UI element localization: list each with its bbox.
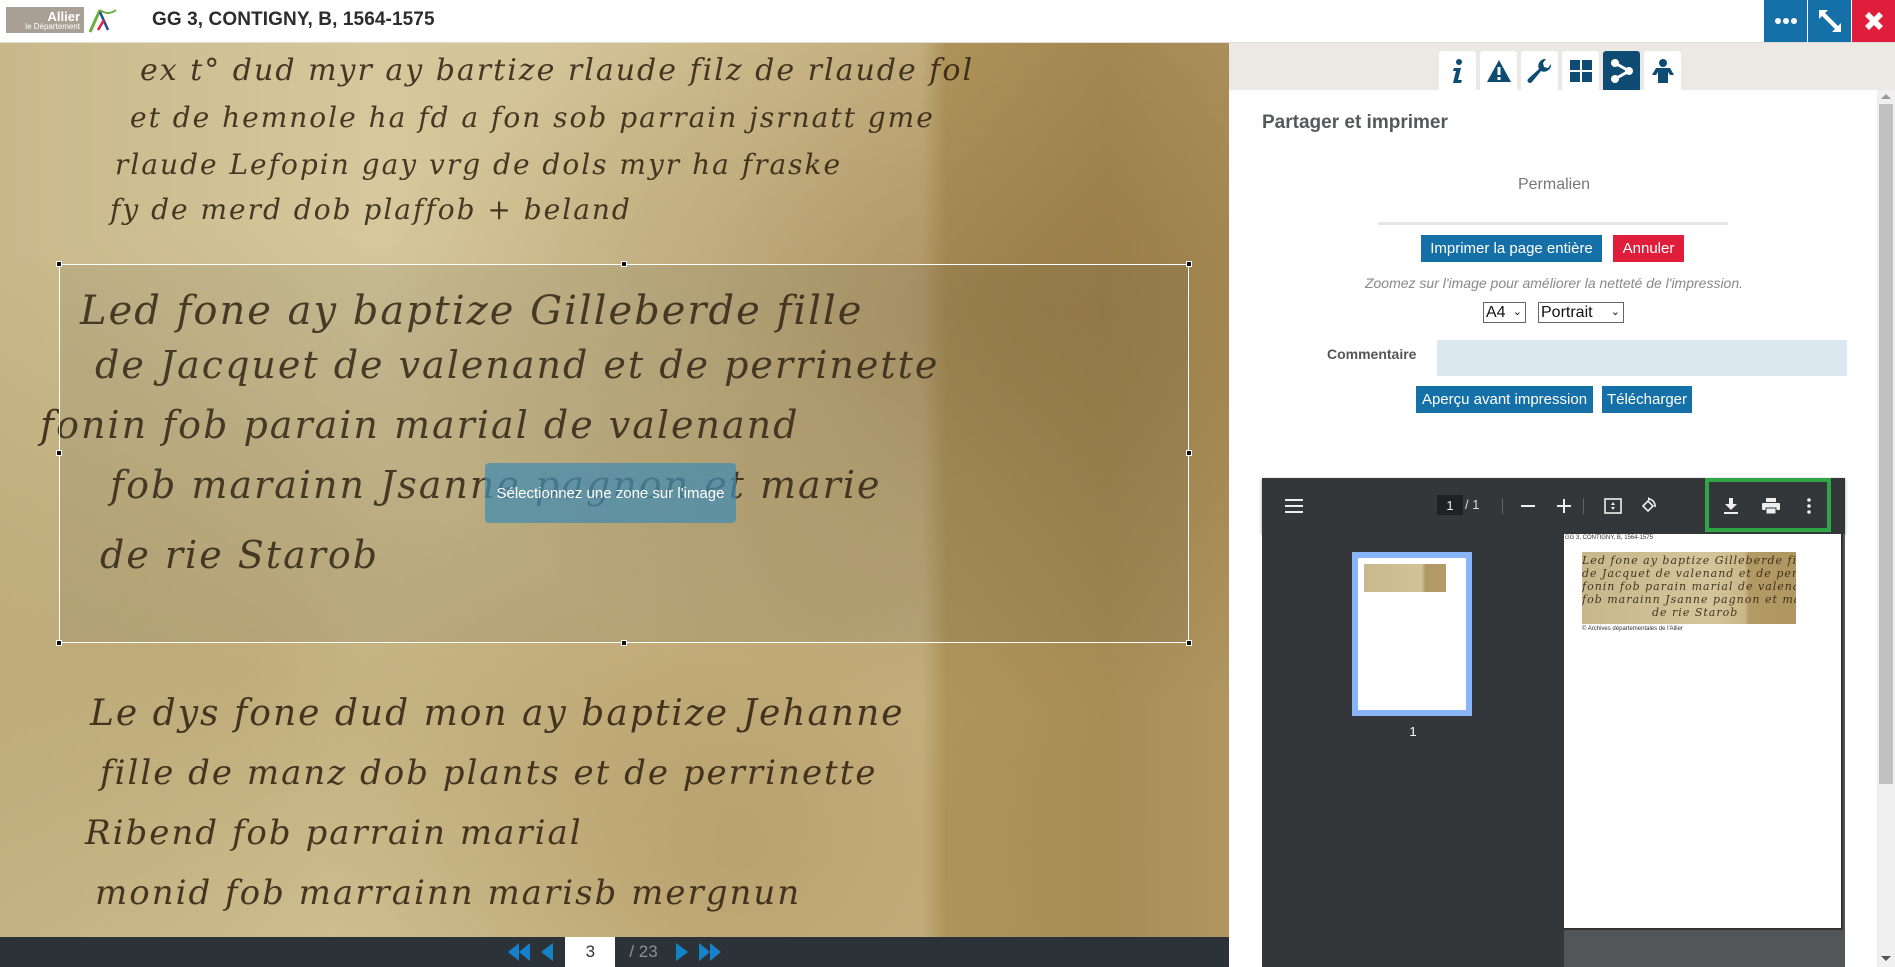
logo-line-1: Allier	[47, 10, 80, 23]
tab-person[interactable]	[1644, 51, 1681, 90]
chevron-down-icon: ⌄	[1611, 305, 1620, 318]
pdf-page-area[interactable]: GG 3, CONTIGNY, B, 1564-1575 Led fone ay…	[1564, 534, 1845, 967]
resize-handle-nw[interactable]	[56, 261, 62, 267]
permalink-label[interactable]: Permalien	[1379, 176, 1729, 194]
info-icon	[1447, 58, 1469, 84]
manuscript-viewer[interactable]: ex t° dud myr ay bartize rlaude filz de …	[0, 43, 1229, 937]
pager-controls: 3 / 23	[505, 937, 723, 967]
comment-label: Commentaire	[1327, 346, 1416, 362]
plus-icon	[1557, 499, 1571, 513]
scroll-down-icon[interactable]	[1881, 956, 1891, 961]
page-navigation: 3 / 23	[0, 937, 1229, 967]
logo-line-2: le Département	[25, 23, 80, 31]
print-full-page-button[interactable]: Imprimer la page entière	[1421, 235, 1602, 262]
expand-arrows-icon	[1817, 8, 1843, 34]
download-button[interactable]: Télécharger	[1602, 386, 1692, 413]
resize-handle-e[interactable]	[1186, 450, 1192, 456]
manuscript-line: rlaude Lefopin gay vrg de dols myr ha fr…	[115, 148, 842, 181]
toolbar-divider	[1583, 498, 1584, 514]
pdf-more-button[interactable]	[1797, 494, 1821, 518]
close-x-icon	[1862, 9, 1886, 33]
manuscript-line: ex t° dud myr ay bartize rlaude filz de …	[140, 53, 974, 88]
next-page-button[interactable]	[668, 937, 696, 967]
thumbnail-page	[1358, 558, 1466, 710]
pdf-print-button[interactable]	[1759, 494, 1783, 518]
close-button[interactable]	[1852, 0, 1895, 42]
double-left-arrow-icon	[507, 942, 531, 962]
page-number-input[interactable]: 3	[565, 937, 615, 967]
pdf-page-caption: © Archives départementales de l'Allier	[1582, 626, 1683, 632]
double-right-arrow-icon	[698, 942, 722, 962]
download-icon	[1724, 498, 1738, 514]
share-print-content: Partager et imprimer Permalien Imprimer …	[1229, 90, 1879, 967]
zoom-out-button[interactable]	[1516, 494, 1540, 518]
document-title: GG 3, CONTIGNY, B, 1564-1575	[152, 9, 435, 31]
resize-handle-n[interactable]	[621, 261, 627, 267]
header-actions	[1763, 0, 1895, 42]
pdf-page-thumbnail[interactable]	[1352, 552, 1472, 716]
pdf-page-header: GG 3, CONTIGNY, B, 1564-1575	[1565, 535, 1653, 541]
more-button[interactable]	[1764, 0, 1807, 42]
pdf-page: GG 3, CONTIGNY, B, 1564-1575 Led fone ay…	[1564, 534, 1843, 930]
resize-handle-ne[interactable]	[1186, 261, 1192, 267]
grid-icon	[1569, 59, 1593, 83]
previous-page-button[interactable]	[533, 937, 561, 967]
chevron-down-icon: ⌄	[1513, 305, 1522, 318]
logo-text-box: Allier le Département	[6, 7, 84, 33]
fit-page-button[interactable]	[1601, 494, 1625, 518]
rotate-button[interactable]	[1636, 494, 1660, 518]
printer-icon	[1762, 498, 1780, 514]
tab-tools[interactable]	[1521, 51, 1558, 90]
ellipsis-icon	[1774, 17, 1798, 25]
thumbnail-image	[1364, 564, 1446, 592]
pdf-download-button[interactable]	[1719, 494, 1743, 518]
cancel-button[interactable]: Annuler	[1613, 235, 1684, 262]
warning-icon	[1486, 59, 1512, 83]
pdf-page-image: Led fone ay baptize Gilleberde fille de …	[1582, 552, 1796, 624]
thumbnail-number: 1	[1262, 724, 1564, 739]
wrench-icon	[1527, 58, 1553, 84]
allier-logo[interactable]: Allier le Département	[6, 6, 118, 34]
pdf-page-total: / 1	[1465, 497, 1479, 512]
pdf-thumbnail-sidebar: 1	[1262, 534, 1564, 967]
hamburger-menu-icon	[1285, 499, 1303, 513]
print-preview-button[interactable]: Aperçu avant impression	[1416, 386, 1593, 413]
side-panel: Partager et imprimer Permalien Imprimer …	[1229, 43, 1895, 967]
pdf-page-input[interactable]: 1	[1437, 495, 1463, 515]
resize-handle-s[interactable]	[621, 640, 627, 646]
tab-share[interactable]	[1603, 51, 1640, 90]
tab-info[interactable]	[1439, 51, 1476, 90]
pdf-image-line: de Jacquet de valenand et de perrinette	[1582, 567, 1796, 580]
page-total: / 23	[629, 942, 657, 962]
zoom-in-button[interactable]	[1552, 494, 1576, 518]
manuscript-line: fy de merd dob plaffob + beland	[110, 193, 632, 226]
toolbar-divider	[1502, 498, 1503, 514]
orientation-select[interactable]: Portrait ⌄	[1538, 302, 1624, 323]
pdf-image-line: de rie Starob	[1652, 606, 1738, 619]
pdf-toolbar: 1 / 1	[1262, 478, 1845, 534]
logo-mark-icon	[86, 6, 118, 34]
paper-size-value: A4	[1486, 304, 1506, 322]
pdf-menu-button[interactable]	[1282, 494, 1306, 518]
select-zone-tooltip: Sélectionnez une zone sur l'image	[485, 463, 736, 523]
panel-tab-bar	[1229, 43, 1895, 90]
manuscript-line: monid fob marrainn marisb mergnun	[95, 873, 801, 913]
share-icon	[1609, 58, 1635, 84]
tab-alert[interactable]	[1480, 51, 1517, 90]
pdf-preview: 1 / 1	[1262, 478, 1845, 967]
pdf-image-line: fonin fob parain marial de valenand	[1582, 580, 1796, 593]
orientation-value: Portrait	[1541, 304, 1593, 322]
permalink-field[interactable]	[1378, 222, 1728, 225]
left-arrow-icon	[540, 942, 554, 962]
manuscript-line: Ribend fob parrain marial	[85, 813, 583, 853]
pdf-image-line: fob marainn Jsanne pagnon et marie	[1582, 593, 1796, 606]
pdf-image-line: Led fone ay baptize Gilleberde fille	[1582, 554, 1796, 567]
minus-icon	[1521, 505, 1535, 507]
resize-handle-w[interactable]	[56, 450, 62, 456]
rotate-icon	[1639, 497, 1657, 515]
scroll-thumb[interactable]	[1879, 104, 1893, 784]
fit-page-icon	[1604, 498, 1622, 514]
resize-handle-se[interactable]	[1186, 640, 1192, 646]
right-arrow-icon	[675, 942, 689, 962]
comment-input[interactable]	[1437, 340, 1847, 376]
person-icon	[1651, 58, 1675, 84]
paper-size-select[interactable]: A4 ⌄	[1483, 302, 1526, 323]
selection-rectangle[interactable]	[59, 264, 1189, 643]
manuscript-line: fille de manz dob plants et de perrinett…	[100, 753, 878, 793]
panel-tabs	[1439, 51, 1685, 90]
print-hint: Zoomez sur l'image pour améliorer la net…	[1229, 275, 1879, 291]
fullscreen-button[interactable]	[1808, 0, 1851, 42]
panel-title: Partager et imprimer	[1262, 112, 1448, 134]
manuscript-line: et de hemnole ha fd a fon sob parrain js…	[130, 101, 935, 134]
tab-grid[interactable]	[1562, 51, 1599, 90]
vertical-ellipsis-icon	[1807, 498, 1811, 514]
last-page-button[interactable]	[696, 937, 724, 967]
resize-handle-sw[interactable]	[56, 640, 62, 646]
first-page-button[interactable]	[505, 937, 533, 967]
manuscript-line: Le dys fone dud mon ay baptize Jehanne	[90, 693, 905, 734]
scroll-up-icon[interactable]	[1881, 94, 1891, 99]
top-header: Allier le Département GG 3, CONTIGNY, B,…	[0, 0, 1895, 43]
panel-scrollbar[interactable]	[1877, 90, 1895, 967]
